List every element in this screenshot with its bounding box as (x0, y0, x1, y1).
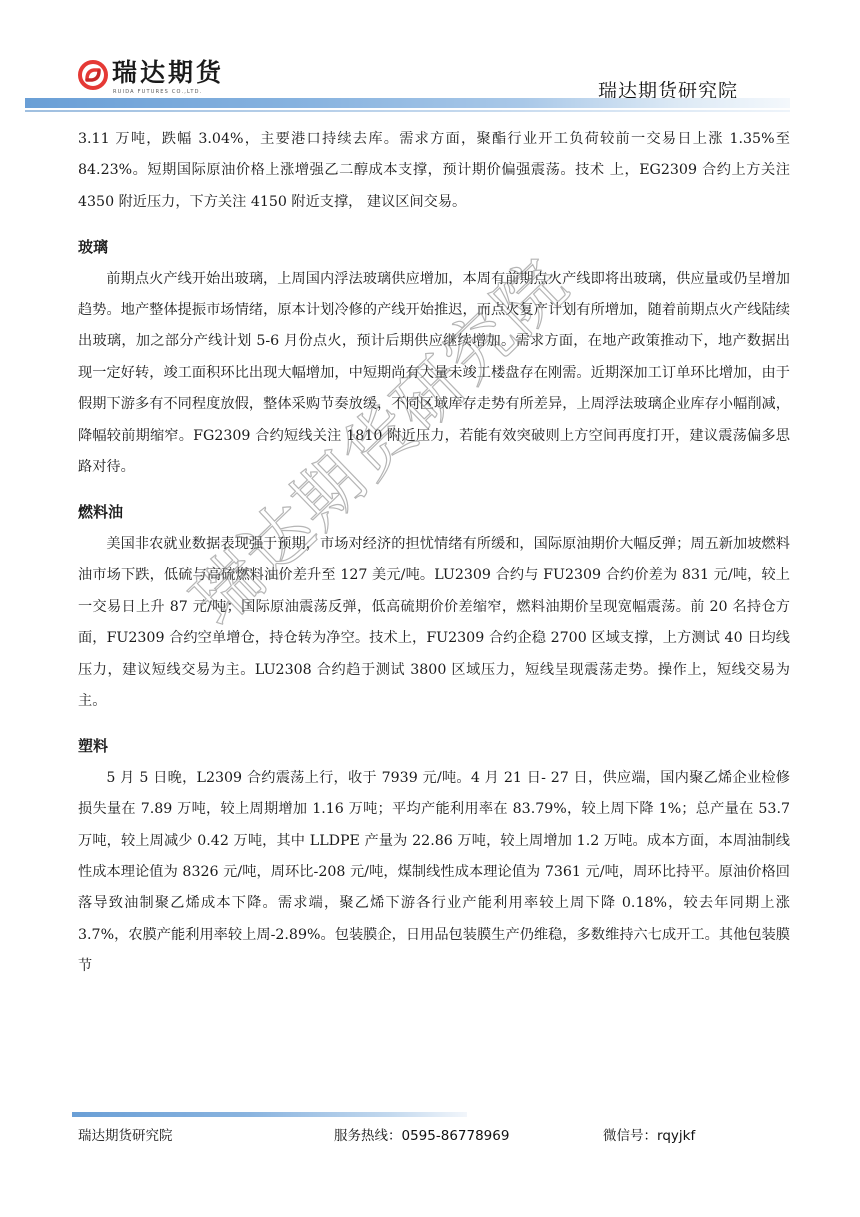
section-title-glass: 玻璃 (78, 232, 790, 263)
company-logo: 瑞达期货 RUIDA FUTURES CO.,LTD. (78, 58, 228, 98)
logo-subtitle: RUIDA FUTURES CO.,LTD. (113, 89, 202, 95)
page-footer: 瑞达期货研究院 服务热线：0595-86778969 微信号：rqyjkf (78, 1124, 790, 1148)
section-title-fuel-oil: 燃料油 (78, 497, 790, 528)
footer-org: 瑞达期货研究院 (78, 1124, 173, 1144)
section-title-plastic: 塑料 (78, 731, 790, 762)
paragraph-ethylene-glycol-continued: 3.11 万吨，跌幅 3.04%，主要港口持续去库。需求方面，聚酯行业开工负荷较… (78, 124, 790, 218)
ruida-logo-icon (78, 60, 108, 90)
footer-divider (72, 1112, 467, 1117)
paragraph-fuel-oil: 美国非农就业数据表现强于预期，市场对经济的担忧情绪有所缓和，国际原油期价大幅反弹… (78, 529, 790, 717)
footer-hotline: 服务热线：0595-86778969 (334, 1124, 509, 1144)
page-header: 瑞达期货 RUIDA FUTURES CO.,LTD. 瑞达期货研究院 (0, 0, 860, 120)
document-body: 3.11 万吨，跌幅 3.04%，主要港口持续去库。需求方面，聚酯行业开工负荷较… (78, 124, 790, 983)
header-divider-line (25, 110, 790, 112)
footer-wechat: 微信号：rqyjkf (603, 1124, 695, 1144)
paragraph-plastic: 5 月 5 日晚，L2309 合约震荡上行，收于 7939 元/吨。4 月 21… (78, 763, 790, 983)
logo-name: 瑞达期货 (112, 58, 224, 88)
paragraph-glass: 前期点火产线开始出玻璃，上周国内浮法玻璃供应增加，本周有前期点火产线即将出玻璃，… (78, 264, 790, 484)
header-divider (25, 98, 790, 108)
